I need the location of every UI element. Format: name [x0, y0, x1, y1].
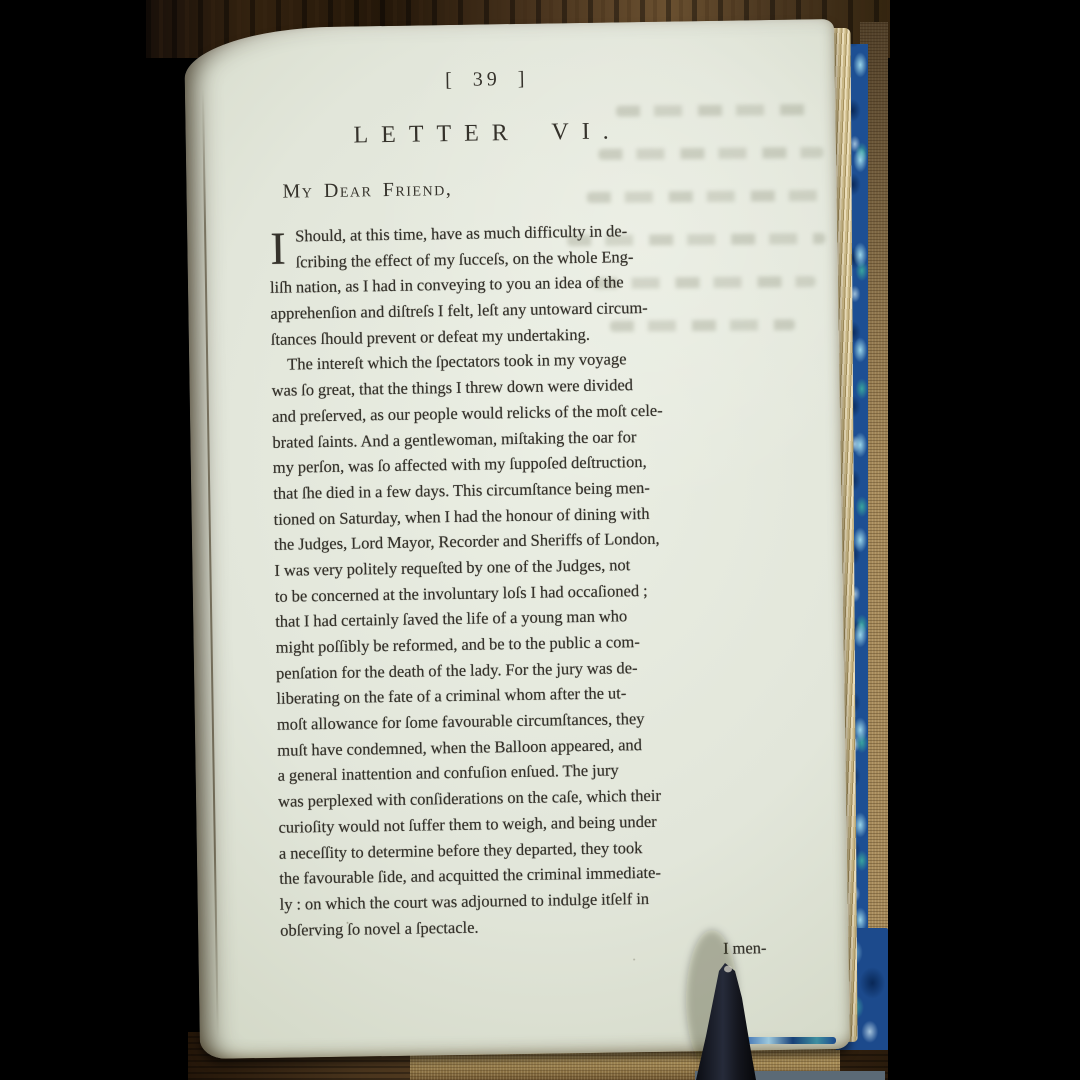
book-photo: { "colors": { "background": "#000000", "… [0, 0, 1080, 1080]
gutter-crease [202, 89, 219, 1039]
book-page: [ 39 ] LETTER VI. My Dear Friend, IShoul… [184, 19, 850, 1059]
paragraph: IShould, at this time, have as much diff… [269, 216, 757, 352]
body-text: IShould, at this time, have as much diff… [269, 216, 767, 968]
table-edge-strip [695, 1071, 885, 1080]
drop-cap: I [270, 226, 286, 272]
page-number: [ 39 ] [267, 65, 707, 95]
paragraph: The intereſt which the ſpectators took i… [271, 345, 766, 943]
salutation: My Dear Friend, [282, 178, 452, 204]
marbled-edge-sliver [740, 1037, 836, 1044]
